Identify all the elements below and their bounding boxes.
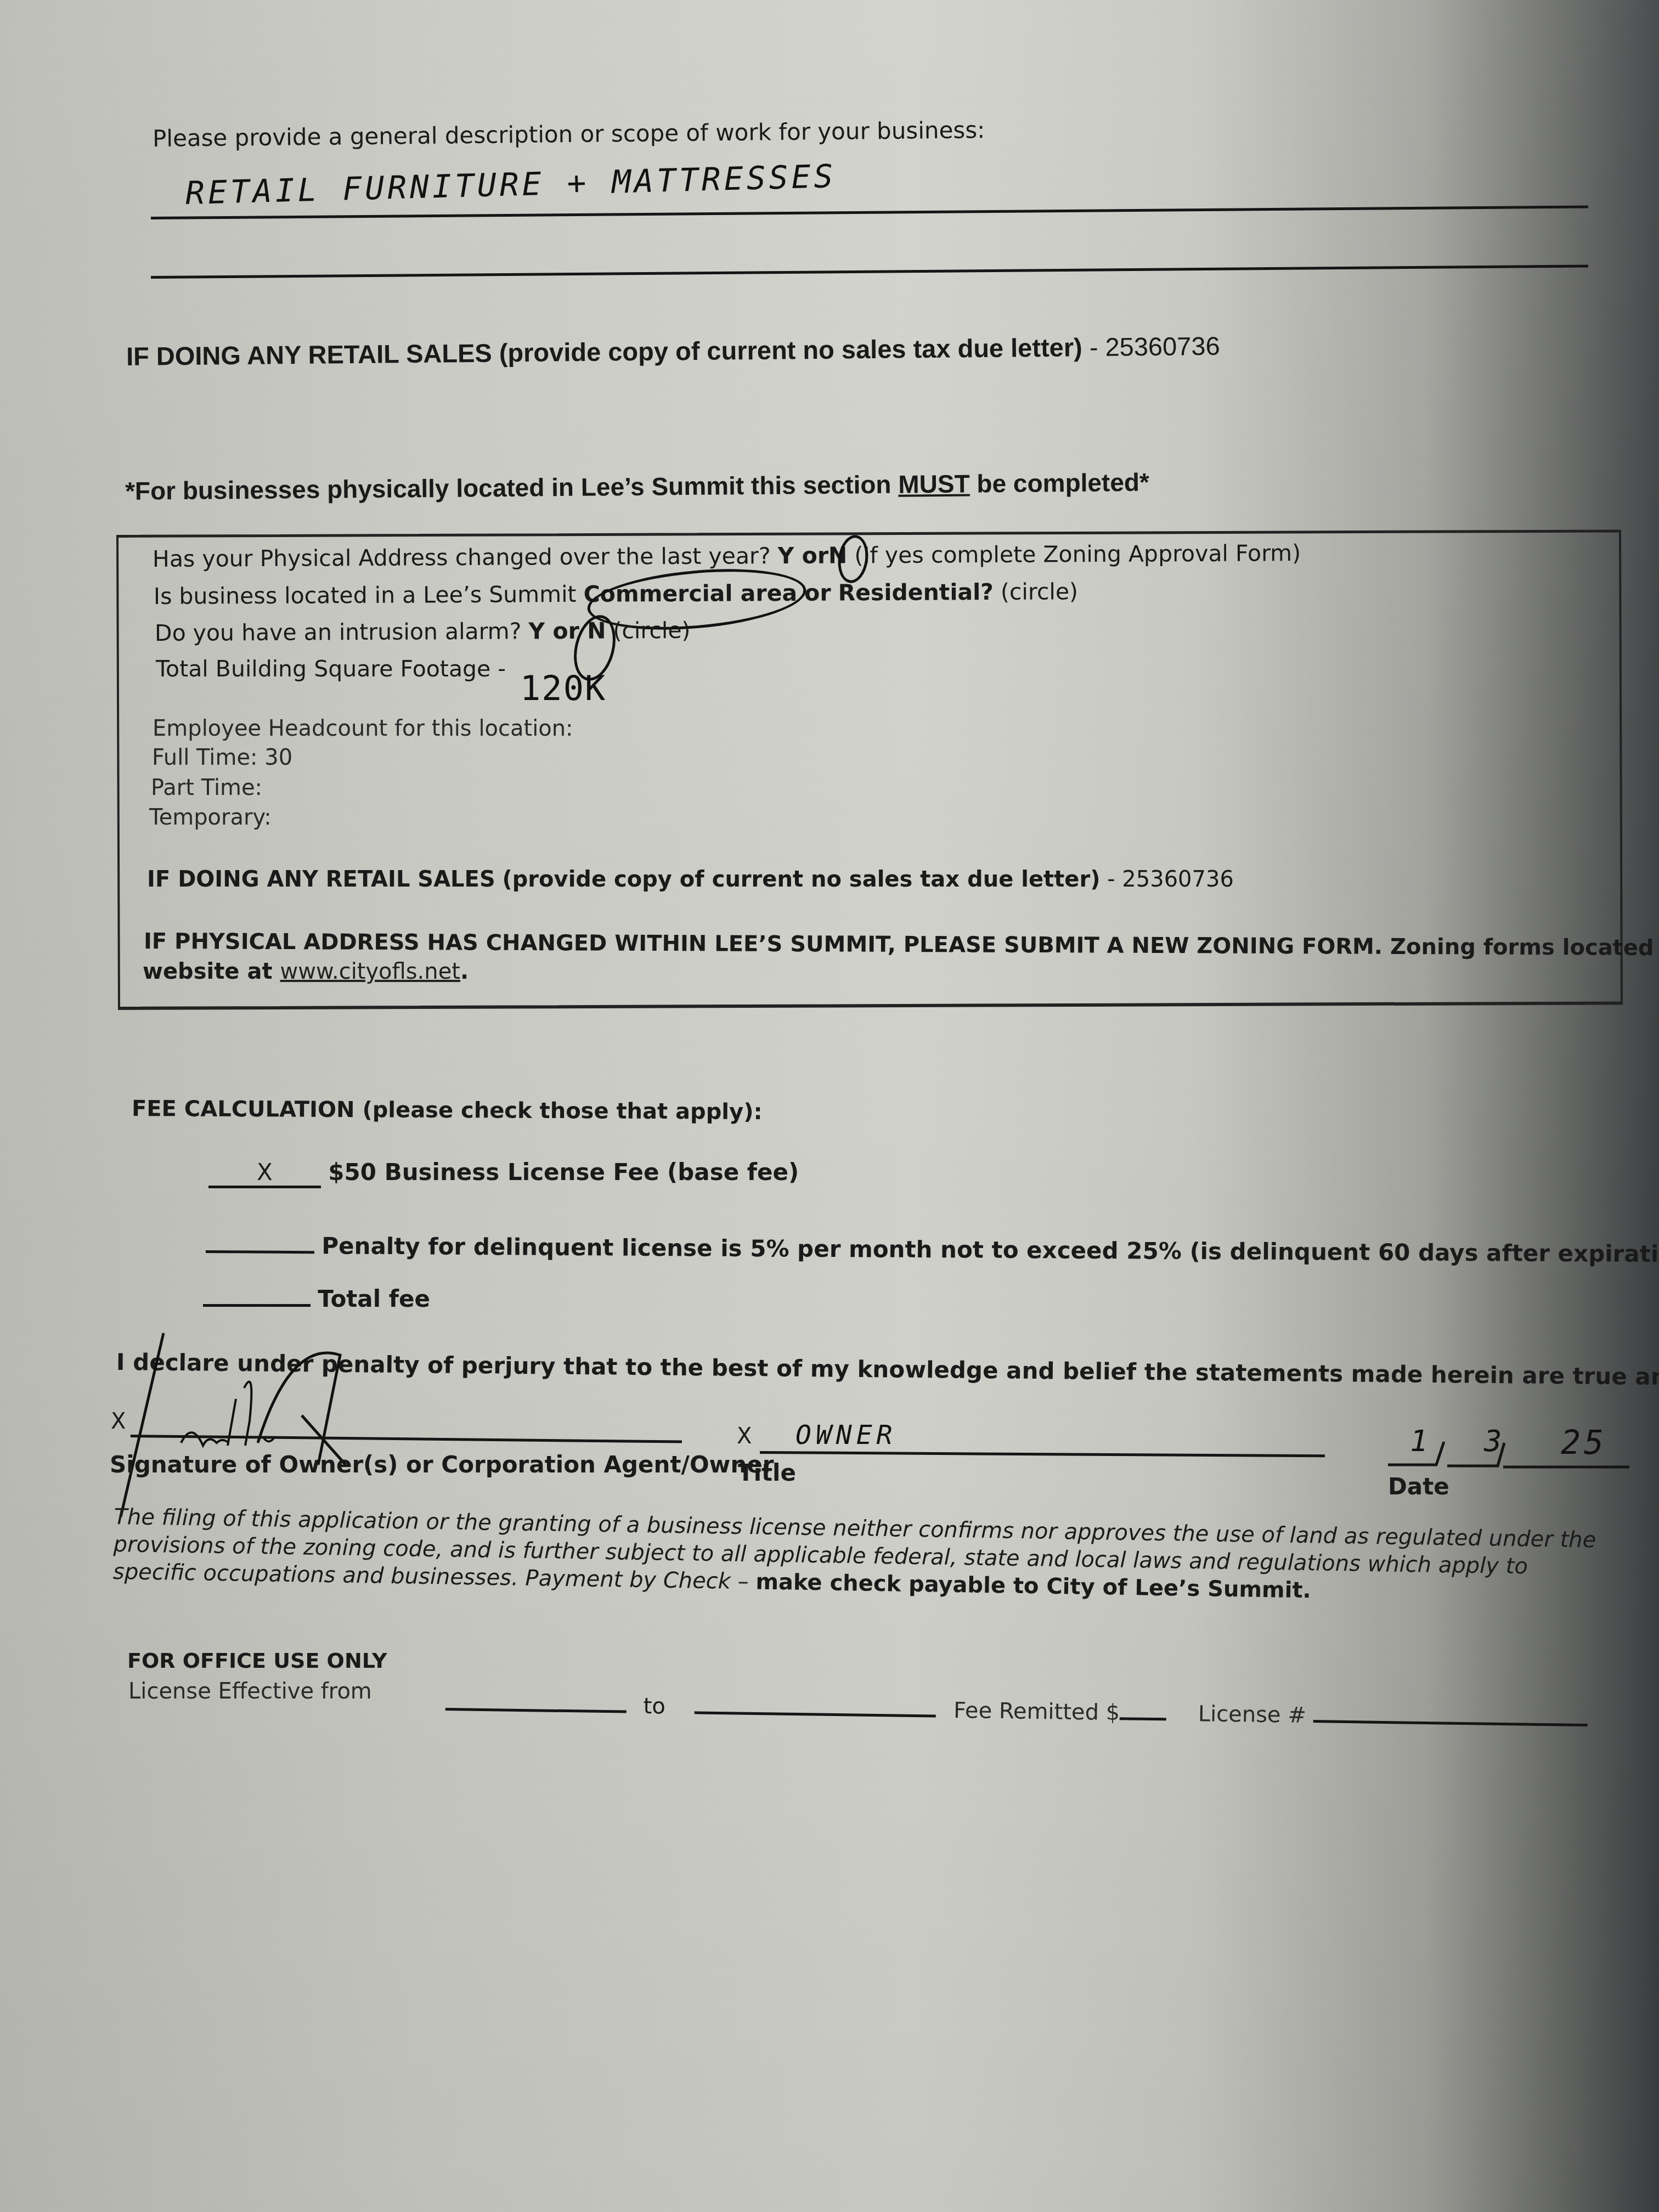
location-question: Is business located in a Lee’s Summit <box>154 581 577 610</box>
signature-scribble <box>99 1328 494 1525</box>
retail-sales-box: IF DOING ANY RETAIL SALES (provide copy … <box>147 867 1234 892</box>
temporary-row: Temporary: <box>149 805 272 830</box>
license-effective-label: License Effective from <box>128 1679 372 1704</box>
title-label: Title <box>738 1459 796 1486</box>
box-retail-sales-detail: (provide copy of current no sales tax du… <box>502 867 1100 892</box>
license-number-label: License # <box>1198 1701 1307 1728</box>
location-option-or: or <box>804 580 831 606</box>
license-number-field[interactable] <box>1313 1720 1587 1726</box>
fee-total-checkbox[interactable] <box>203 1304 311 1307</box>
full-time-value[interactable]: 30 <box>264 745 292 770</box>
alarm-note: (circle) <box>613 617 690 644</box>
fee-item-total: Total fee <box>203 1285 430 1312</box>
retail-sales-detail: (provide copy of current no sales tax du… <box>499 332 1082 367</box>
address-changed-question: Has your Physical Address changed over t… <box>153 543 771 572</box>
to-label: to <box>643 1694 665 1719</box>
description-line-1 <box>151 205 1588 219</box>
city-website-link[interactable]: www.cityofls.net <box>280 959 460 984</box>
office-use-title: FOR OFFICE USE ONLY <box>127 1649 387 1673</box>
disclaimer-text: The filing of this application or the gr… <box>113 1503 1617 1609</box>
box-retail-sales-number: - 25360736 <box>1107 867 1234 892</box>
description-answer-field[interactable]: RETAIL FURNITURE + MATTRESSES <box>185 157 837 212</box>
headcount-title: Employee Headcount for this location: <box>153 716 573 741</box>
title-line <box>760 1451 1325 1457</box>
notice-suffix: be completed* <box>969 468 1149 498</box>
signature-label: Signature of Owner(s) or Corporation Age… <box>110 1451 774 1478</box>
retail-sales-label: IF DOING ANY RETAIL SALES <box>126 338 492 371</box>
box-retail-sales-label: IF DOING ANY RETAIL SALES <box>147 867 495 892</box>
fee-penalty-label: Penalty for delinquent license is 5% per… <box>321 1232 1659 1267</box>
description-prompt: Please provide a general description or … <box>153 116 985 152</box>
retail-sales-tax-number: - 25360736 <box>1090 331 1220 362</box>
zoning-notice-rest: Zoning forms located on <box>1383 934 1659 961</box>
signature-x: X <box>111 1409 126 1434</box>
square-footage-label: Total Building Square Footage - <box>156 656 506 682</box>
part-time-row: Part Time: <box>151 775 262 800</box>
lees-summit-notice: *For businesses physically located in Le… <box>125 467 1149 506</box>
fee-base-label: $50 Business License Fee (base fee) <box>328 1159 799 1186</box>
alarm-question: Do you have an intrusion alarm? <box>155 618 522 646</box>
title-x: X <box>737 1424 752 1449</box>
fee-total-label: Total fee <box>318 1285 430 1312</box>
license-application-page: Please provide a general description or … <box>0 0 1659 2212</box>
address-changed-note: (If yes complete Zoning Approval Form) <box>854 540 1301 568</box>
fee-calculation-title: FEE CALCULATION (please check those that… <box>132 1096 763 1125</box>
part-time-label: Part Time: <box>151 775 262 800</box>
address-changed-y[interactable]: Y <box>778 543 794 569</box>
full-time-label: Full Time: <box>152 745 257 770</box>
fee-base-checkbox[interactable]: X <box>208 1159 321 1188</box>
fee-penalty-checkbox[interactable] <box>206 1250 314 1254</box>
to-date-field[interactable] <box>694 1711 935 1717</box>
fee-item-penalty: Penalty for delinquent license is 5% per… <box>206 1232 1659 1268</box>
fee-item-base: X $50 Business License Fee (base fee) <box>208 1159 799 1188</box>
from-date-field[interactable] <box>445 1708 627 1713</box>
location-note: (circle) <box>1001 578 1078 605</box>
description-line-2 <box>151 264 1588 279</box>
notice-must: MUST <box>898 470 970 499</box>
date-label: Date <box>1388 1473 1449 1500</box>
zoning-website-suffix: . <box>460 959 469 984</box>
location-option-residential[interactable]: Residential? <box>838 579 994 606</box>
title-value[interactable]: OWNER <box>795 1420 897 1451</box>
alarm-option-y[interactable]: Y <box>528 618 545 644</box>
zoning-website-prefix: website at <box>143 959 280 984</box>
date-lines <box>1383 1426 1646 1476</box>
temporary-label: Temporary: <box>149 805 272 830</box>
fee-remitted-field[interactable] <box>1120 1717 1166 1720</box>
zoning-notice-line2: website at www.cityofls.net. <box>143 959 469 984</box>
retail-sales-top: IF DOING ANY RETAIL SALES (provide copy … <box>126 331 1220 371</box>
license-effective-dates: to Fee Remitted $ License # <box>445 1691 1588 1732</box>
zoning-notice-caps: IF PHYSICAL ADDRESS HAS CHANGED WITHIN L… <box>144 929 1383 960</box>
fee-remitted-label: Fee Remitted $ <box>953 1698 1120 1725</box>
address-changed-or: or <box>794 543 828 569</box>
notice-prefix: *For businesses physically located in Le… <box>125 470 899 505</box>
square-footage-value[interactable]: 120K <box>520 668 606 708</box>
full-time-row: Full Time: 30 <box>152 745 292 770</box>
